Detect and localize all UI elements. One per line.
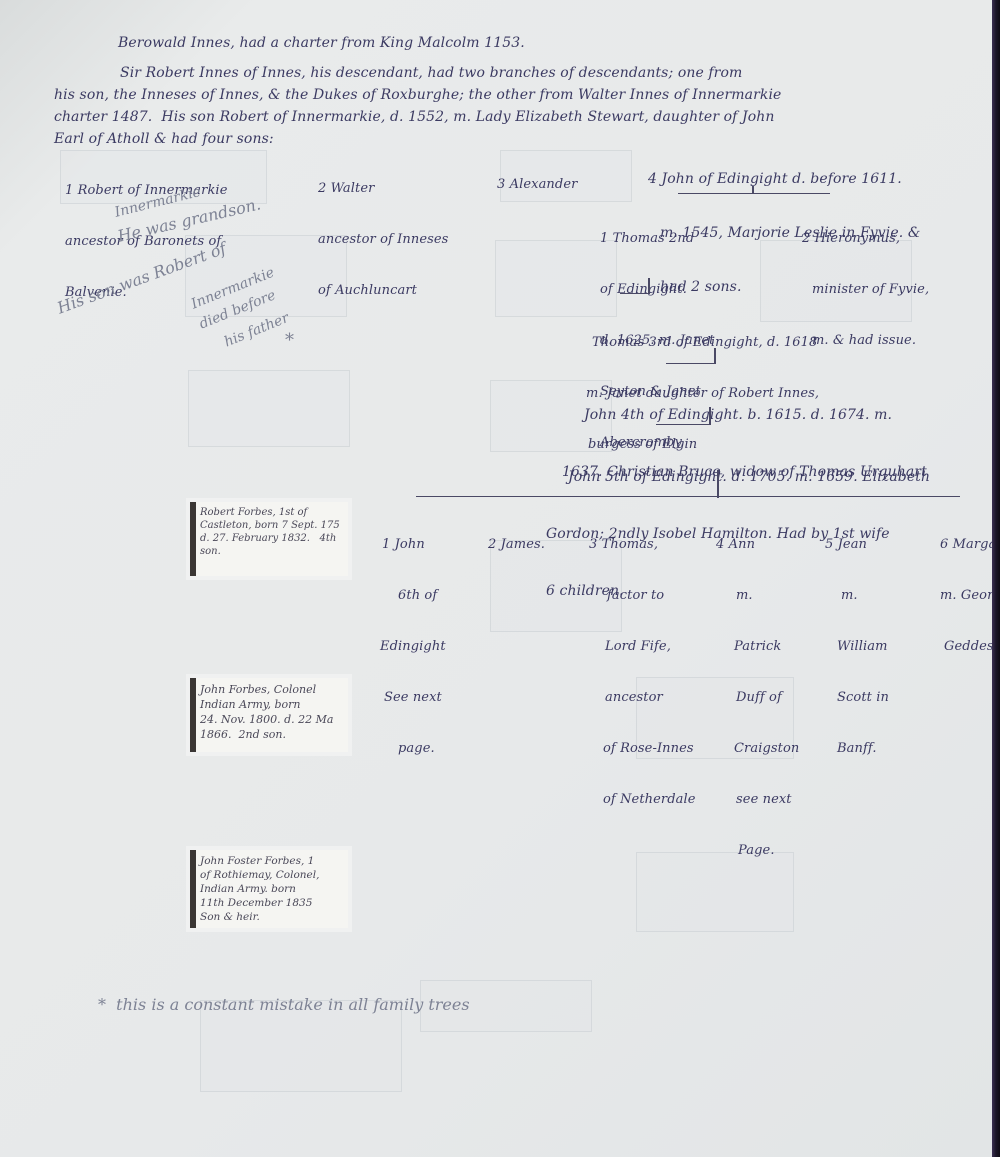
connector: [666, 363, 716, 364]
document-page: Berowald Innes, had a charter from King …: [0, 0, 992, 1157]
ghost-box: [188, 370, 350, 447]
gen6-child-4: 4 Ann m. Patrick Duff of Craigston see n…: [716, 502, 799, 893]
gen6-child-5: 5 Jean m. William Scott in Banff.: [825, 502, 889, 791]
card-text: John Foster Forbes, 1 of Rothiemay, Colo…: [200, 854, 319, 924]
book-edge: [992, 0, 1000, 1157]
gen6-child-3: 3 Thomas, factor to Lord Fife, ancestor …: [589, 502, 696, 842]
gen1-son-3: 3 Alexander: [497, 142, 577, 227]
card-text: John Forbes, Colonel Indian Army, born 2…: [200, 682, 333, 742]
pasted-card-robert-forbes: Robert Forbes, 1st of Castleton, born 7 …: [190, 502, 348, 576]
gen6-child-2: 2 James.: [488, 502, 545, 587]
pencil-footnote: * this is a constant mistake in all fami…: [98, 996, 470, 1014]
connector: [678, 193, 830, 194]
card-text: Robert Forbes, 1st of Castleton, born 7 …: [200, 506, 340, 558]
header-para-line-4: Earl of Atholl & had four sons:: [54, 128, 274, 150]
connector: [656, 424, 711, 425]
connector: [620, 293, 650, 294]
header-para-line-1: Sir Robert Innes of Innes, his descendan…: [120, 62, 742, 84]
pasted-card-john-forbes: John Forbes, Colonel Indian Army, born 2…: [190, 678, 348, 752]
connector: [714, 348, 716, 364]
header-para-line-2: his son, the Inneses of Innes, & the Duk…: [54, 84, 781, 106]
header-para-line-3: charter 1487. His son Robert of Innermar…: [54, 106, 775, 128]
gen6-child-1: 1 John 6th of Edingight See next page.: [376, 502, 446, 791]
connector: [648, 278, 650, 294]
gen2-son-2: 2 Hieronymus, minister of Fyvie, m. & ha…: [802, 196, 929, 383]
header-line-1: Berowald Innes, had a charter from King …: [118, 32, 525, 54]
connector: [416, 496, 960, 497]
gen1-son-2: 2 Walter ancestor of Inneses of Auchlunc…: [318, 146, 448, 333]
connector: [709, 407, 711, 425]
gen6-child-6: 6 Margaret m. George Geddes.: [930, 502, 1000, 689]
asterisk-mark: *: [285, 332, 294, 350]
pasted-card-john-foster-forbes: John Foster Forbes, 1 of Rothiemay, Colo…: [190, 850, 348, 928]
connector: [717, 470, 719, 498]
